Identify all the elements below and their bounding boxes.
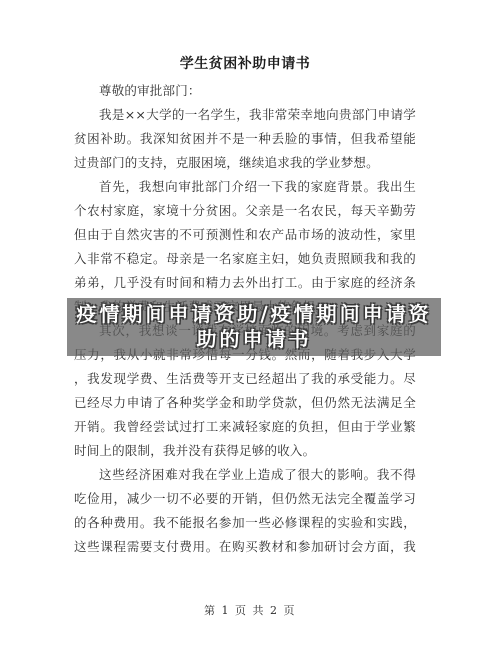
body-line: ，我发现学费、生活费等开支已经超出了我的承受能力。尽管我 [74, 367, 416, 391]
watermark-line-2: 助的申请书 [197, 327, 312, 351]
watermark-line-1: 疫情期间申请资助/疫情期间申请资 [76, 302, 431, 326]
body-line: 我是××大学的一名学生，我非常荣幸地向贵部门申请学生 [74, 103, 416, 127]
document-page: 学生贫困补助申请书 尊敬的审批部门：我是××大学的一名学生，我非常荣幸地向贵部门… [0, 0, 500, 647]
body-line: 首先，我想向审批部门介绍一下我的家庭背景。我出生在一 [74, 175, 416, 199]
body-line: 吃俭用，减少一切不必要的开销，但仍然无法完全覆盖学习所需 [74, 487, 416, 511]
watermark-overlay: 疫情期间申请资助/疫情期间申请资 助的申请书 [67, 298, 441, 356]
page-number: 第 1 页 共 2 页 [0, 602, 500, 618]
body-line: 这些课程需要支付费用。在购买教材和参加研讨会方面，我也面 [74, 535, 416, 559]
body-line: 贫困补助。我深知贫困并不是一种丢脸的事情，但我希望能够通 [74, 127, 416, 151]
page-title: 学生贫困补助申请书 [74, 56, 416, 73]
watermark-text: 疫情期间申请资助/疫情期间申请资 助的申请书 [67, 302, 441, 352]
body-line: 个农村家庭，家境十分贫困。父亲是一名农民，每天辛勤劳作， [74, 199, 416, 223]
body-line: 过贵部门的支持，克服困境，继续追求我的学业梦想。 [74, 151, 416, 175]
body-line: 弟弟，几乎没有时间和精力去外出打工。由于家庭的经济条件限 [74, 271, 416, 295]
body-line: 时间上的限制，我并没有获得足够的收入。 [74, 439, 416, 463]
body-line: 已经尽力申请了各种奖学金和助学贷款，但仍然无法满足全部的 [74, 391, 416, 415]
body-line: 尊敬的审批部门： [74, 79, 416, 103]
body-line: 入非常不稳定。母亲是一名家庭主妇，她负责照顾我和我的两个 [74, 247, 416, 271]
body-line: 这些经济困难对我在学业上造成了很大的影响。我不得不省 [74, 463, 416, 487]
body-line: 开销。我曾经尝试过打工来减轻家庭的负担，但由于学业繁重和 [74, 415, 416, 439]
body-line: 的各种费用。我不能报名参加一些必修课程的实验和实践，因为 [74, 511, 416, 535]
body-line: 但由于自然灾害的不可预测性和农产品市场的波动性，家里的收 [74, 223, 416, 247]
